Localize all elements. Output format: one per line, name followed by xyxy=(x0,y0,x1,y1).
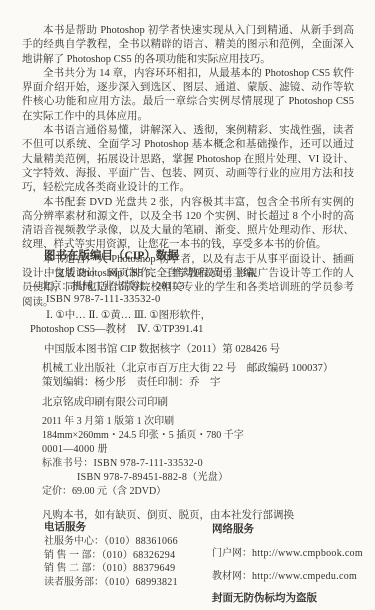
intro-paragraph: 本书语言通俗易懂，讲解深入、透彻，案例精彩、实战性强，读者不但可以系统、全面学习… xyxy=(22,124,354,195)
cip-heading: 图书在版编目（CIP）数据 xyxy=(44,247,179,263)
phone-service-row: 读者服务部：（010）68993821 xyxy=(44,576,209,590)
phone-service-row: 销 售 二 部：（010）88379649 xyxy=(44,562,209,576)
anti-piracy-warning: 封面无防伪标均为盗版 xyxy=(212,590,364,605)
phone-service-column: 电话服务 社服务中心：（010）88361066 销 售 一 部：（010）68… xyxy=(44,521,209,590)
phone-number: （010）88361066 xyxy=(104,536,178,547)
phone-label: 社服务中心： xyxy=(44,536,104,547)
phone-number: （010）68993821 xyxy=(104,577,178,588)
standard-isbn-line: 标准书号：ISBN 978-7-111-33532-0 xyxy=(42,457,244,471)
cip-classification-line: Photoshop CS5—教材 Ⅳ. ①TP391.41 xyxy=(30,323,211,337)
publisher-block: 机械工业出版社（北京市百万庄大街 22 号 邮政编码 100037） 策划编辑：… xyxy=(42,362,333,390)
price-line: 定价：69.00 元（含 2DVD） xyxy=(42,485,244,499)
phone-label: 销 售 一 部： xyxy=(44,550,102,561)
editors-line: 策划编辑：杨少彤 责任印制：乔 宇 xyxy=(42,376,333,390)
intro-paragraph: 本书是帮助 Photoshop 初学者快速实现从入门到精通、从新手到高手的经典自… xyxy=(22,24,354,67)
format-line: 184mm×260mm・24.5 印张・5 插页・780 千字 xyxy=(42,429,244,443)
cip-isbn-line: ISBN 978-7-111-33532-0 xyxy=(46,294,256,307)
disc-isbn-line: ISBN 978-7-89451-882-8（光盘） xyxy=(77,471,244,485)
site-label: 教材网： xyxy=(212,571,252,582)
site-url: http://www.cmpedu.com xyxy=(252,571,357,582)
cip-classification-line: Ⅰ. ①中… Ⅱ. ①黄… Ⅲ. ①图形软件， xyxy=(46,309,211,323)
printer-line: 北京铭成印刷有限公司印刷 xyxy=(42,394,168,409)
cip-classification-block: Ⅰ. ①中… Ⅱ. ①黄… Ⅲ. ①图形软件， Photoshop CS5—教材… xyxy=(22,309,211,336)
phone-service-row: 销 售 一 部：（010）68326294 xyxy=(44,549,209,563)
replacement-notice: 凡购本书，如有缺页、倒页、脱页，由本社发行部调换 xyxy=(42,507,294,522)
cip-title-line: 中文版 Photoshop CS5 完全自学教程/黄勇主编. xyxy=(44,268,256,281)
phone-number: （010）88379649 xyxy=(102,563,176,574)
cip-record-number: 中国版本图书馆 CIP 数据核字（2011）第 028426 号 xyxy=(44,341,280,356)
phone-label: 读者服务部： xyxy=(44,577,104,588)
site-label: 门户网： xyxy=(212,548,252,559)
cip-data-block: 中文版 Photoshop CS5 完全自学教程/黄勇主编. —北京：机械工业出… xyxy=(22,268,256,306)
phone-label: 销 售 二 部： xyxy=(44,563,102,574)
network-service-header: 网络服务 xyxy=(212,521,364,536)
printing-info-block: 2011 年 3 月第 1 版第 1 次印刷 184mm×260mm・24.5 … xyxy=(42,415,244,499)
intro-paragraph: 本书配套 DVD 光盘共 2 张，内容极其丰富，包含全书所有实例的高分辨率素材和… xyxy=(22,196,354,253)
intro-paragraph: 全书共分为 14 章，内容环环相扣，从最基本的 Photoshop CS5 软件… xyxy=(22,67,354,124)
network-service-row: 门户网：http://www.cmpbook.com xyxy=(212,544,364,559)
phone-service-row: 社服务中心：（010）88361066 xyxy=(44,535,209,549)
network-service-column: 网络服务 门户网：http://www.cmpbook.com 教材网：http… xyxy=(212,521,364,605)
phone-service-header: 电话服务 xyxy=(44,521,209,535)
network-service-row: 教材网：http://www.cmpedu.com xyxy=(212,567,364,582)
site-url: http://www.cmpbook.com xyxy=(252,548,363,559)
phone-number: （010）68326294 xyxy=(102,550,176,561)
edition-line: 2011 年 3 月第 1 版第 1 次印刷 xyxy=(42,415,244,429)
cip-city-line: —北京：机械工业出版社，2011.3 xyxy=(30,281,256,294)
print-run-line: 0001—4000 册 xyxy=(42,443,244,457)
book-copyright-page: 本书是帮助 Photoshop 初学者快速实现从入门到精通、从新手到高手的经典自… xyxy=(0,0,375,610)
publisher-address: 机械工业出版社（北京市百万庄大街 22 号 邮政编码 100037） xyxy=(42,362,333,376)
